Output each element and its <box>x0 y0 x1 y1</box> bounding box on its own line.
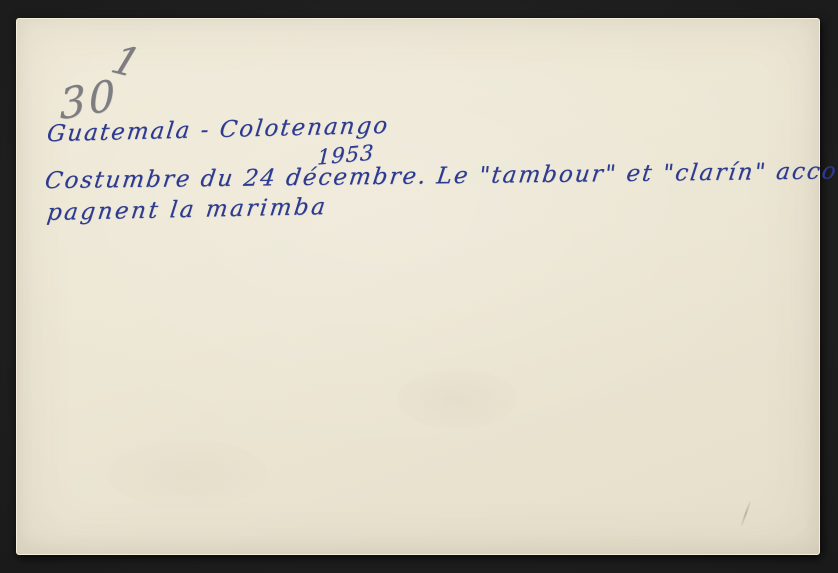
paper-blemish <box>397 369 517 429</box>
scan-background: 1 30 Guatemala - Colotenango 1953 Costum… <box>0 0 838 573</box>
handwritten-caption-line-3: pagnent la marimba <box>45 194 329 226</box>
handwritten-caption-line-2: Costumbre du 24 décembre. Le "tambour" e… <box>43 158 838 194</box>
paper-blemish <box>107 439 267 509</box>
photo-card-verso: 1 30 Guatemala - Colotenango 1953 Costum… <box>16 18 820 555</box>
faint-pencil-scratch <box>740 500 751 527</box>
